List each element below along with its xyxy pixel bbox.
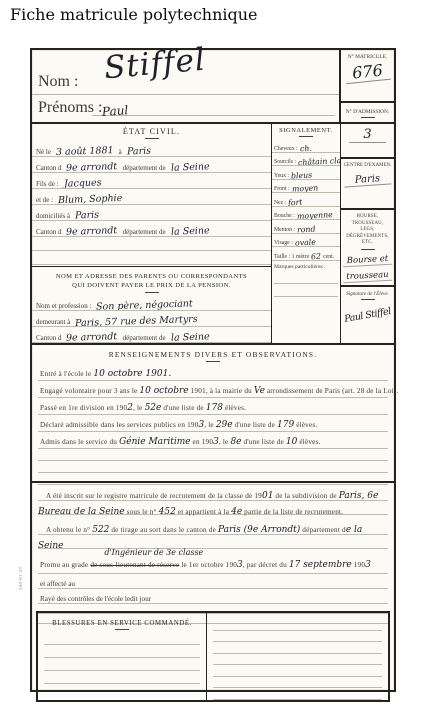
ruled-blank-line	[213, 688, 382, 700]
ruled-blank-line	[32, 237, 271, 251]
cheveux-label: Cheveux :	[274, 146, 298, 152]
signalement-title: SIGNALEMENT.	[272, 124, 340, 134]
ruled-blank-line	[213, 642, 382, 654]
text-segment: 1901, à la mairie du	[189, 387, 254, 395]
centre-examen-value: Paris	[344, 172, 392, 187]
visage-value: ovale	[295, 237, 316, 247]
parents-canton-value: 9e arrondt	[66, 331, 118, 343]
text-segment: élèves.	[297, 438, 320, 446]
text-segment: Passé en 1re division en 190	[40, 404, 127, 412]
canton1-label: Canton d	[36, 164, 61, 172]
parents-title-line2: QUI DOIVENT PAYER LE PRIX DE LA PENSION.	[32, 281, 271, 290]
text-segment: arrondissement de Paris (art. 28 de la L…	[265, 387, 399, 395]
canton2-value: 9e arrondt	[66, 225, 118, 237]
name-block: Nom : Stiffel Prénoms : Paul	[32, 50, 339, 122]
ruled-blank-line	[44, 671, 200, 684]
grade-handwritten-correction: d'Ingénieur de 3e classe	[104, 549, 203, 557]
bouche-value: moyenne	[297, 210, 333, 220]
parents-row-nom: Nom et profession : Son père, négociant	[32, 295, 271, 311]
sign-row-menton: Menton : rond	[272, 220, 340, 234]
text-segment: Ve	[254, 386, 265, 396]
demeurant-value: Paris, 57 rue des Martyrs	[75, 314, 198, 327]
parents-nom-value: Son père, négociant	[96, 298, 193, 311]
yeux-value: bleus	[291, 170, 313, 180]
text-segment: Paris (9e Arrondt)	[218, 525, 300, 535]
ne-label: Né le	[36, 148, 51, 156]
domicile-label: domiciliés à	[36, 212, 70, 220]
blessures-right-column	[207, 613, 388, 700]
divider-dash	[115, 629, 129, 630]
promu-year2: 3	[365, 560, 371, 570]
promu-mid3: 190	[352, 561, 365, 569]
divider-dash	[145, 138, 159, 139]
parents-dept-value: la Seine	[170, 331, 209, 343]
ne-value: 3 août 1881	[56, 145, 114, 157]
divider-dash	[145, 292, 159, 293]
raye-label: Rayé des contrôles de l'école ledit jour	[40, 595, 151, 603]
etat-row-canton2: Canton d 9e arrondt département de la Se…	[32, 221, 271, 237]
sourcils-label: Sourcils :	[274, 159, 296, 165]
taille-label: Taille : 1 mètre	[274, 254, 309, 260]
ruled-blank-line	[213, 677, 382, 689]
recr-line-inscrit: A été inscrit sur le registre matricule …	[38, 487, 388, 519]
promu-prefix: Promu au grade	[40, 561, 90, 569]
nom-row: Nom : Stiffel	[32, 50, 339, 95]
nez-label: Nez :	[274, 200, 286, 206]
text-segment: Entré à l'école le	[40, 370, 93, 378]
etat-civil-column: ÉTAT CIVIL. Né le 3 août 1881 à Paris Ca…	[32, 124, 272, 343]
fils-value: Jacques	[63, 177, 101, 189]
text-segment: et appartient à la	[176, 508, 231, 516]
rens-line-admis: Admis dans le service du Génie Maritime …	[38, 432, 388, 449]
ruled-blank-line	[44, 658, 200, 671]
sign-row-front: Front : moyen	[272, 180, 340, 194]
text-segment: élèves.	[294, 421, 317, 429]
recr-line-raye: Rayé des contrôles de l'école ledit jour	[38, 589, 388, 604]
divider-dash	[361, 117, 375, 118]
signalement-column: SIGNALEMENT. Cheveux : ch. Sourcils : ch…	[272, 124, 341, 343]
parents-dept-label: département de	[123, 334, 166, 342]
text-segment: 10 octobre 1901.	[93, 369, 171, 379]
nom-value: Stiffel	[103, 42, 208, 87]
text-segment: 8e	[230, 437, 241, 447]
matricule-column: N° MATRICULE. 676 N° D'ADMISSION.	[339, 50, 394, 122]
bouche-label: Bouche :	[274, 213, 295, 219]
text-segment: d'une liste de	[242, 438, 286, 446]
ruled-blank-line	[32, 251, 271, 265]
etat-row-naissance: Né le 3 août 1881 à Paris	[32, 141, 271, 157]
menton-label: Menton :	[274, 227, 295, 233]
admission-label: N° D'ADMISSION.	[341, 109, 394, 115]
text-segment: 522	[92, 525, 109, 535]
cheveux-value: ch.	[299, 143, 311, 152]
grade-correction: d'Ingénieur de 3e classede sous-lieutena…	[90, 553, 179, 575]
signature-cell: Signature de l'Élève. Paul Stiffel	[341, 287, 394, 343]
dept1-label: département de	[123, 164, 166, 172]
parents-canton-label: Canton d	[36, 334, 61, 342]
text-segment: d'une liste de	[161, 404, 205, 412]
divider-dash	[361, 299, 375, 300]
text-segment: Déclaré admissible dans les services pub…	[40, 421, 199, 429]
etat-row-etde: et de : Blum, Sophie	[32, 189, 271, 205]
renseignements-title: RENSEIGNEMENTS DIVERS ET OBSERVATIONS.	[38, 347, 388, 359]
etde-value: Blum, Sophie	[58, 193, 123, 205]
yeux-label: Yeux :	[274, 173, 289, 179]
header-band: Nom : Stiffel Prénoms : Paul N° MATRICUL…	[32, 50, 394, 122]
text-segment: d'une liste de	[233, 421, 277, 429]
sign-row-sourcils: Sourcils : châtain clair	[272, 153, 340, 167]
etat-row-canton1: Canton d 9e arrondt département de la Se…	[32, 157, 271, 173]
ruled-blank-line	[274, 271, 338, 284]
text-segment: 452	[159, 507, 176, 517]
text-segment: 178	[206, 403, 223, 413]
parents-title-line1: NOM ET ADRESSE DES PARENTS OU CORRESPOND…	[32, 267, 271, 281]
etat-row-domicile: domiciliés à Paris	[32, 205, 271, 221]
etat-row-fils: Fils de : Jacques	[32, 173, 271, 189]
centre-examen-label: CENTRE D'EXAMEN.	[341, 163, 394, 168]
ne-lieu: Paris	[126, 146, 150, 157]
grade-struck-text: de sous-lieutenant de réserve	[90, 561, 179, 569]
text-segment: département d	[300, 526, 346, 534]
dept2-value: la Seine	[170, 225, 209, 237]
recrutement-section: A été inscrit sur le registre matricule …	[32, 481, 394, 606]
sign-row-taille: Taille : 1 mètre 62 cent.	[272, 247, 340, 261]
divider-dash	[206, 361, 220, 362]
ruled-blank-line	[213, 654, 382, 666]
dept2-label: département de	[123, 228, 166, 236]
middle-band: ÉTAT CIVIL. Né le 3 août 1881 à Paris Ca…	[32, 122, 394, 343]
taille-value: 62	[311, 251, 321, 260]
admission-value-cell: 3	[341, 124, 394, 159]
text-segment: , le	[219, 438, 231, 446]
sign-row-cheveux: Cheveux : ch.	[272, 139, 340, 153]
ruled-blank-line	[44, 632, 200, 645]
front-label: Front :	[274, 186, 290, 192]
admission-cell: N° D'ADMISSION.	[341, 103, 394, 120]
bourse-label-line2: LEGS, DÉGRÈVEMENTS, ETC.	[341, 227, 394, 247]
rens-line-engage: Engagé volontaire pour 3 ans le 10 octob…	[38, 381, 388, 398]
text-segment: sous le n°	[125, 508, 159, 516]
nez-value: fort	[288, 197, 303, 206]
prenoms-value: Paul	[102, 103, 129, 119]
canton1-value: 9e arrondt	[66, 161, 118, 173]
demeurant-label: demeurant à	[36, 318, 70, 326]
text-segment: A été inscrit sur le registre matricule …	[46, 492, 262, 500]
fils-label: Fils de :	[36, 180, 59, 188]
sign-row-yeux: Yeux : bleus	[272, 166, 340, 180]
blessures-title: BLESSURES EN SERVICE COMMANDÉ.	[38, 620, 206, 627]
divider-dash	[361, 249, 375, 250]
ruled-blank-line	[38, 449, 388, 461]
recr-line-promu: Promu au grade d'Ingénieur de 3e classed…	[38, 553, 388, 574]
scanned-document: Fiche matricule polytechnique 260-01-29 …	[0, 0, 421, 709]
sign-row-bouche: Bouche : moyenne	[272, 207, 340, 221]
etde-label: et de :	[36, 196, 53, 204]
text-segment: Admis dans le service du	[40, 438, 119, 446]
rens-line-passe: Passé en 1re division en 1902, le 52e d'…	[38, 398, 388, 415]
promu-mid: le 1er octobre 190	[179, 561, 237, 569]
text-segment: Génie Maritime	[119, 437, 191, 447]
text-segment: partie de la liste de recrutement.	[242, 508, 343, 516]
divider-dash	[299, 136, 313, 137]
a-label: à	[119, 148, 122, 156]
parents-row-demeurant: demeurant à Paris, 57 rue des Martyrs	[32, 311, 271, 327]
text-segment: 10 octobre	[139, 386, 188, 396]
canton2-label: Canton d	[36, 228, 61, 236]
right-cells-column: 3 CENTRE D'EXAMEN. Paris BOURSE, TROUSSE…	[341, 124, 394, 343]
text-segment: de la subdivision de	[273, 492, 338, 500]
blessures-left-column: BLESSURES EN SERVICE COMMANDÉ.	[38, 613, 207, 700]
taille-suffix: cent.	[323, 254, 334, 260]
text-segment: 10	[286, 437, 297, 447]
recr-line-affecte: et affecté au	[38, 574, 388, 589]
blessures-section: BLESSURES EN SERVICE COMMANDÉ.	[36, 611, 390, 702]
rens-line-admissible: Déclaré admissible dans les services pub…	[38, 415, 388, 432]
ruled-blank-line	[213, 631, 382, 643]
ruled-blank-line	[38, 461, 388, 473]
menton-value: rond	[297, 224, 316, 233]
print-code: 260-01-29	[18, 567, 23, 590]
text-segment: Engagé volontaire pour 3 ans le	[40, 387, 139, 395]
prenoms-row: Prénoms : Paul	[32, 95, 339, 122]
parents-nom-label: Nom et profession :	[36, 302, 91, 310]
admission-value: 3	[349, 127, 386, 143]
parents-row-canton: Canton d 9e arrondt département de la Se…	[32, 327, 271, 343]
text-segment: 29e	[216, 420, 233, 430]
etat-civil-title: ÉTAT CIVIL.	[32, 124, 271, 136]
bourse-cell: BOURSE, TROUSSEAU, LEGS, DÉGRÈVEMENTS, E…	[341, 210, 394, 287]
text-segment: A obtenu le n°	[46, 526, 92, 534]
page-title: Fiche matricule polytechnique	[10, 5, 258, 24]
rens-line-entre: Entré à l'école le 10 octobre 1901.	[38, 364, 388, 381]
bourse-label-line1: BOURSE, TROUSSEAU,	[341, 214, 394, 227]
signature-value: Paul Stiffel	[340, 305, 394, 325]
promu-decret-date: 17 septembre	[289, 560, 352, 570]
renseignements-section: RENSEIGNEMENTS DIVERS ET OBSERVATIONS. E…	[32, 343, 394, 481]
text-segment: 01	[262, 491, 273, 501]
bourse-value-line1: Bourse et	[343, 253, 393, 267]
recr-line-tirage: A obtenu le n° 522 de tirage au sort dan…	[38, 521, 388, 553]
marques-label: Marques particulières :	[272, 261, 340, 271]
matricule-value: 676	[344, 60, 391, 85]
ruled-blank-line	[274, 284, 338, 297]
text-segment: , le	[133, 404, 145, 412]
sign-row-visage: Visage : ovale	[272, 234, 340, 248]
nom-label: Nom :	[38, 73, 78, 91]
affecte-label: et affecté au	[40, 580, 75, 588]
text-segment: de tirage au sort dans le canton de	[109, 526, 218, 534]
signature-label: Signature de l'Élève.	[341, 291, 394, 297]
text-segment: 179	[277, 420, 294, 430]
centre-examen-cell: CENTRE D'EXAMEN. Paris	[341, 159, 394, 210]
text-segment: en 190	[191, 438, 214, 446]
text-segment: 4e	[231, 507, 242, 517]
ruled-blank-line	[44, 645, 200, 658]
domicile-value: Paris	[75, 210, 99, 221]
text-segment: 52e	[145, 403, 162, 413]
dept1-value: la Seine	[170, 161, 209, 173]
visage-label: Visage :	[274, 240, 293, 246]
fiche-card: Nom : Stiffel Prénoms : Paul N° MATRICUL…	[30, 48, 396, 692]
bourse-value-line2: trousseau	[343, 269, 393, 283]
text-segment: , le	[204, 421, 216, 429]
front-value: moyen	[291, 183, 318, 193]
ruled-blank-line	[213, 619, 382, 631]
sign-row-nez: Nez : fort	[272, 193, 340, 207]
ruled-blank-line	[213, 665, 382, 677]
sourcils-value: châtain clair	[298, 156, 340, 166]
text-segment: élèves.	[223, 404, 246, 412]
matricule-cell: N° MATRICULE. 676	[341, 50, 394, 98]
promu-mid2: , par décret du	[243, 561, 289, 569]
